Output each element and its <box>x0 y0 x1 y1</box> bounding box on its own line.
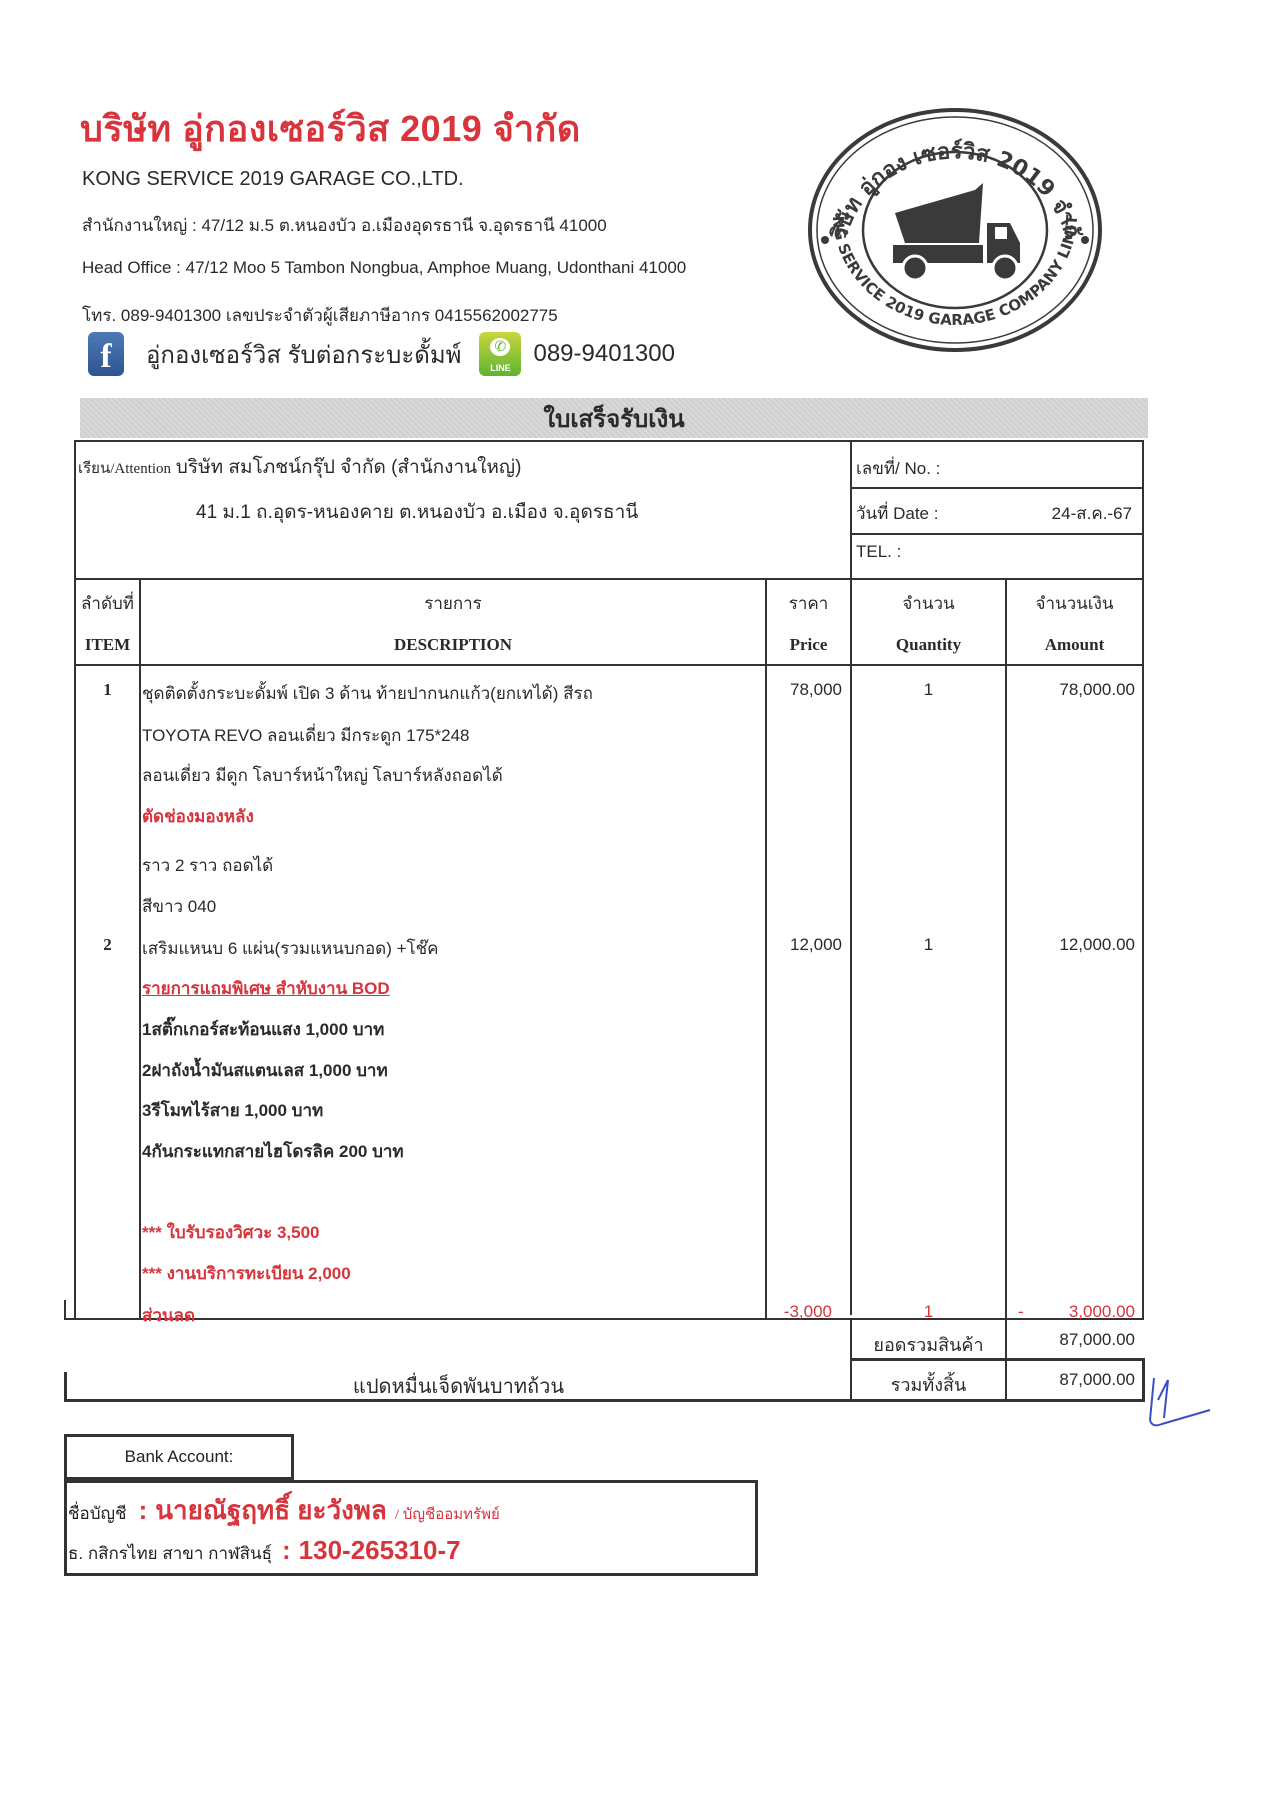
discount-label: ส่วนลด <box>142 1302 195 1329</box>
discount-amount: 3,000.00 <box>1007 1302 1135 1322</box>
bank-account-label: Bank Account: <box>64 1434 294 1480</box>
extra-service-line: *** ใบรับรองวิศวะ 3,500 <box>142 1219 320 1246</box>
header-amount-th: จำนวนเงิน <box>1007 590 1142 617</box>
tel-label: TEL. : <box>856 542 901 562</box>
date-value: 24-ส.ค.-67 <box>1000 500 1132 527</box>
header-description-th: รายการ <box>141 590 765 617</box>
company-name-english: KONG SERVICE 2019 GARAGE CO.,LTD. <box>82 168 464 191</box>
description-line: TOYOTA REVO ลอนเดี่ยว มีกระดูก 175*248 <box>142 722 470 749</box>
header-description-en: DESCRIPTION <box>141 635 765 655</box>
header-item-en: ITEM <box>76 635 139 655</box>
subtotal-value: 87,000.00 <box>1007 1330 1135 1350</box>
description-line: เสริมแหนบ 6 แผ่น(รวมแหนบกอด) +โช๊ค <box>142 935 439 962</box>
row-1-item: 1 <box>76 680 139 700</box>
line-app-icon: LINE <box>479 332 521 376</box>
bonus-item: 2ฝาถังน้ำมันสแตนเลส 1,000 บาท <box>142 1057 388 1084</box>
bonus-item: 3รีโมทไร้สาย 1,000 บาท <box>142 1097 323 1124</box>
subtotal-label: ยอดรวมสินค้า <box>852 1330 1005 1359</box>
header-quantity-th: จำนวน <box>852 590 1005 617</box>
account-name-label: ชื่อบัญชี <box>68 1500 127 1527</box>
bank-branch: ธ. กสิกรไทย สาขา กาฬสินธุ์ <box>68 1540 272 1567</box>
description-line: ลอนเดี่ยว มีดูก โลบาร์หน้าใหญ่ โลบาร์หลั… <box>142 762 503 789</box>
company-name-thai: บริษัท อู่กองเซอร์วิส 2019 จำกัด <box>80 100 581 157</box>
header-quantity-en: Quantity <box>852 635 1005 655</box>
row-1-qty: 1 <box>852 680 1005 700</box>
bonus-items-heading: รายการแถมพิเศษ สำหับงาน BOD <box>142 975 390 1002</box>
grand-total-label: รวมทั้งสิ้น <box>852 1370 1005 1399</box>
extra-service-line: *** งานบริการทะเบียน 2,000 <box>142 1260 351 1287</box>
row-1-amount: 78,000.00 <box>1007 680 1135 700</box>
description-line: สีขาว 040 <box>142 893 216 920</box>
document-title: ใบเสร็จรับเงิน <box>543 399 684 438</box>
discount-price: -3,000 <box>767 1302 832 1322</box>
attention-label: เรียน/Attention <box>78 461 171 477</box>
bank-account-name-row: ชื่อบัญชี : นายณัฐฤทธิ์ ยะวังพล / บัญชีอ… <box>68 1490 500 1531</box>
facebook-page-name: อู่กองเซอร์วิส รับต่อกระบะดั้มพ์ <box>146 335 461 374</box>
dump-truck-icon <box>893 183 1020 280</box>
line-icon-label: LINE <box>479 363 521 373</box>
bonus-item: 1สติ๊กเกอร์สะท้อนแสง 1,000 บาท <box>142 1016 384 1043</box>
description-line-highlight: ตัดช่องมองหลัง <box>142 803 254 830</box>
document-title-band: ใบเสร็จรับเงิน <box>80 398 1148 438</box>
customer-address: 41 ม.1 ถ.อุดร-หนองคาย ต.หนองบัว อ.เมือง … <box>196 497 638 527</box>
row-2-qty: 1 <box>852 935 1005 955</box>
row-2-item: 2 <box>76 935 139 955</box>
bank-account-number-row: ธ. กสิกรไทย สาขา กาฬสินธุ์ : 130-265310-… <box>68 1535 461 1567</box>
address-thai: สำนักงานใหญ่ : 47/12 ม.5 ต.หนองบัว อ.เมื… <box>82 212 607 239</box>
colon-separator: : <box>139 1495 148 1526</box>
grand-total-value: 87,000.00 <box>1007 1370 1135 1390</box>
header-item-th: ลำดับที่ <box>76 590 139 617</box>
phone-bubble-icon <box>490 338 510 356</box>
invoice-no-label: เลขที่/ No. : <box>856 455 940 482</box>
social-contacts: f อู่กองเซอร์วิส รับต่อกระบะดั้มพ์ LINE … <box>88 332 675 376</box>
bonus-item: 4กันกระแทกสายไฮโดรลิค 200 บาท <box>142 1138 404 1165</box>
row-1-price: 78,000 <box>767 680 842 700</box>
attention-block: เรียน/Attention บริษัท สมโภชน์กรุ๊ป จำกั… <box>78 452 521 482</box>
signature-mark <box>1140 1370 1220 1430</box>
header-price-en: Price <box>767 635 850 655</box>
company-stamp: บริษัท อู่กอง เซอร์วิส 2019 จำกัด KONG S… <box>805 105 1105 355</box>
header-amount-en: Amount <box>1007 635 1142 655</box>
line-phone-number: 089-9401300 <box>533 340 674 368</box>
account-holder-name: นายณัฐฤทธิ์ ยะวังพล <box>155 1490 387 1531</box>
facebook-glyph: f <box>100 338 111 376</box>
facebook-icon: f <box>88 332 124 376</box>
address-english: Head Office : 47/12 Moo 5 Tambon Nongbua… <box>82 258 686 278</box>
account-number: 130-265310-7 <box>299 1535 461 1566</box>
amount-in-words: แปดหมื่นเจ็ดพันบาทถ้วน <box>67 1370 850 1402</box>
customer-name: บริษัท สมโภชน์กรุ๊ป จำกัด (สำนักงานใหญ่) <box>176 457 522 478</box>
description-line: ชุดติดตั้งกระบะดั้มพ์ เปิด 3 ด้าน ท้ายปา… <box>142 680 593 707</box>
description-line: ราว 2 ราว ถอดได้ <box>142 852 273 879</box>
account-type: / บัญชีออมทรัพย์ <box>395 1502 500 1526</box>
header-price-th: ราคา <box>767 590 850 617</box>
discount-qty: 1 <box>852 1302 1005 1322</box>
row-2-price: 12,000 <box>767 935 842 955</box>
colon-separator: : <box>282 1535 291 1566</box>
phone-tax-id: โทร. 089-9401300 เลขประจำตัวผู้เสียภาษีอ… <box>82 302 558 329</box>
row-2-amount: 12,000.00 <box>1007 935 1135 955</box>
date-label: วันที่ Date : <box>856 500 938 527</box>
